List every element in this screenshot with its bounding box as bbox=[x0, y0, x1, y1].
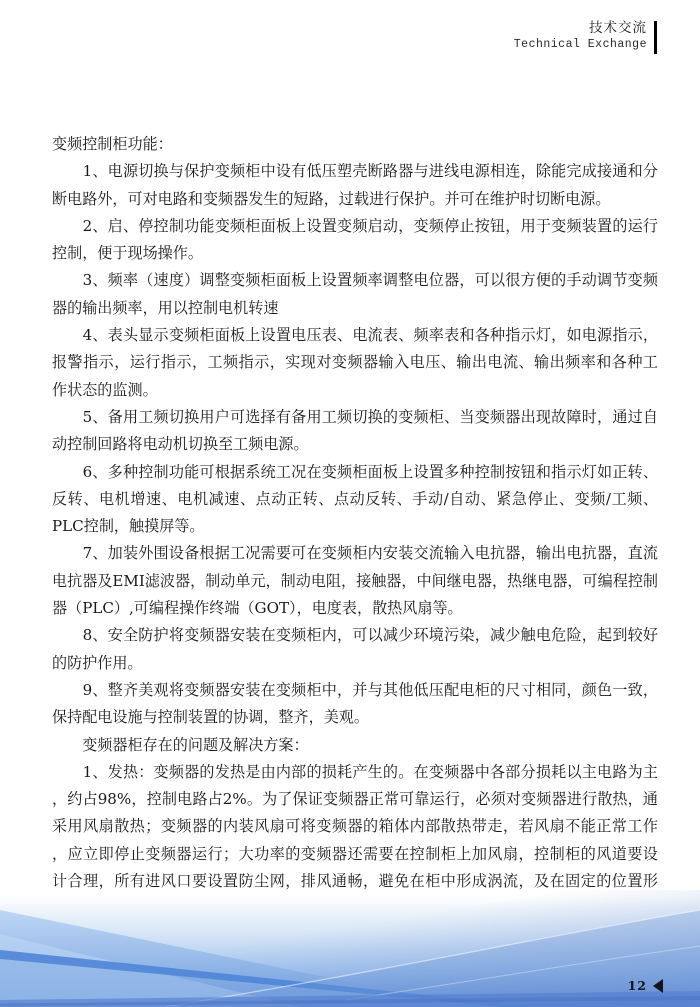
text-line: 1、发热：变频器的发热是由内部的损耗产生的。在变频器中各部分损耗以主电路为主 bbox=[52, 759, 658, 786]
page-footer: 12 bbox=[628, 978, 663, 993]
text-line: 报警指示，运行指示，工频指示，实现对变频器输入电压、输出电流、输出频率和各种工 bbox=[52, 349, 658, 376]
text-line: 5、备用工频切换用户可选择有备用工频切换的变频柜、当变频器出现故障时，通过自 bbox=[52, 404, 658, 431]
text-line: 动控制回路将电动机切换至工频电源。 bbox=[52, 431, 658, 458]
text-line: 3、频率（速度）调整变频柜面板上设置频率调整电位器，可以很方便的手动调节变频 bbox=[52, 267, 658, 294]
text-line: 器的输出频率，用以控制电机转速 bbox=[52, 295, 658, 322]
footer-wave-decoration bbox=[0, 890, 700, 1007]
text-line: 变频器柜存在的问题及解决方案： bbox=[52, 732, 658, 759]
text-line: ，约占98%，控制电路占2%。为了保证变频器正常可靠运行，必须对变频器进行散热，… bbox=[52, 786, 658, 813]
text-line: 反转、电机增速、电机减速、点动正转、点动反转、手动/自动、紧急停止、变频/工频、 bbox=[52, 486, 658, 513]
text-line: 9、整齐美观将变频器安装在变频柜中，并与其他低压配电柜的尺寸相同，颜色一致， bbox=[52, 677, 658, 704]
text-line: 电抗器及EMI滤波器，制动单元，制动电阻，接触器，中间继电器，热继电器，可编程控… bbox=[52, 568, 658, 595]
text-line: 2、启、停控制功能变频柜面板上设置变频启动，变频停止按钮，用于变频装置的运行 bbox=[52, 213, 658, 240]
header-title-en: Technical Exchange bbox=[514, 37, 647, 52]
text-line: PLC控制，触摸屏等。 bbox=[52, 513, 658, 540]
text-line: 4、表头显示变频柜面板上设置电压表、电流表、频率表和各种指示灯，如电源指示， bbox=[52, 322, 658, 349]
page-header: 技术交流 Technical Exchange bbox=[514, 20, 657, 54]
text-line: 器（PLC）,可编程操作终端（GOT），电度表，散热风扇等。 bbox=[52, 595, 658, 622]
text-line: 控制，便于现场操作。 bbox=[52, 240, 658, 267]
text-line: ，应立即停止变频器运行；大功率的变频器还需要在控制柜上加风扇，控制柜的风道要设 bbox=[52, 841, 658, 868]
page: 技术交流 Technical Exchange 变频控制柜功能： 1、电源切换与… bbox=[0, 0, 700, 1007]
header-title-zh: 技术交流 bbox=[514, 20, 647, 37]
text-line: 8、安全防护将变频器安装在变频柜内，可以减少环境污染，减少触电危险，起到较好 bbox=[52, 622, 658, 649]
header-divider-bar bbox=[654, 21, 657, 54]
text-line: 作状态的监测。 bbox=[52, 377, 658, 404]
text-line: 6、多种控制功能可根据系统工况在变频柜面板上设置多种控制按钮和指示灯如正转、 bbox=[52, 459, 658, 486]
text-line: 7、加装外围设备根据工况需要可在变频柜内安装交流输入电抗器，输出电抗器，直流 bbox=[52, 540, 658, 567]
document-lines: 变频控制柜功能： 1、电源切换与保护变频柜中设有低压塑壳断路器与进线电源相连，除… bbox=[52, 131, 658, 895]
prev-page-triangle-icon bbox=[653, 979, 663, 993]
text-line: 的防护作用。 bbox=[52, 650, 658, 677]
text-line: 1、电源切换与保护变频柜中设有低压塑壳断路器与进线电源相连，除能完成接通和分 bbox=[52, 158, 658, 185]
header-text: 技术交流 Technical Exchange bbox=[514, 20, 654, 52]
text-line: 采用风扇散热；变频器的内装风扇可将变频器的箱体内部散热带走，若风扇不能正常工作 bbox=[52, 813, 658, 840]
text-line: 变频控制柜功能： bbox=[52, 131, 658, 158]
text-line: 保持配电设施与控制装置的协调，整齐，美观。 bbox=[52, 704, 658, 731]
page-number: 12 bbox=[628, 978, 647, 993]
text-line: 断电路外，可对电路和变频器发生的短路，过载进行保护。并可在维护时切断电源。 bbox=[52, 186, 658, 213]
